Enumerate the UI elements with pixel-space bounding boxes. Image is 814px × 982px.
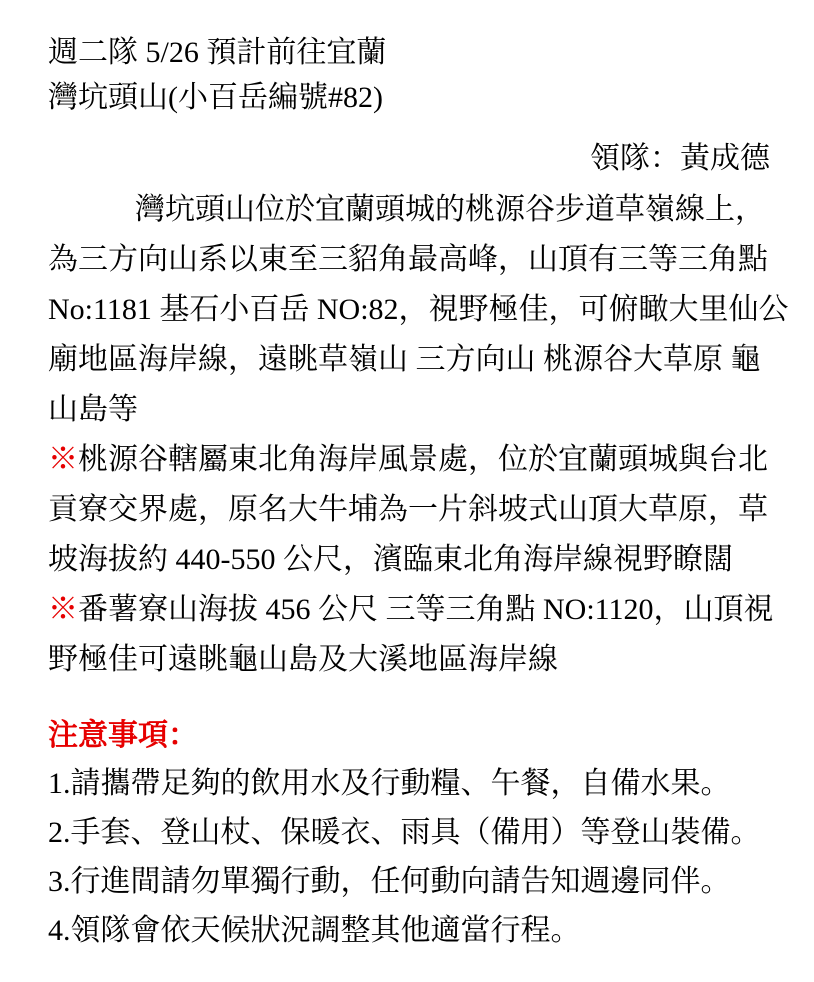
document-content: 週二隊 5/26 預計前往宜蘭 灣坑頭山(小百岳編號#82) 領隊：黃成德 灣坑… <box>0 0 814 955</box>
description-line-text: 桃源谷轄屬東北角海岸風景處，位於宜蘭頭城與台北 <box>78 443 768 476</box>
description-line-text: 貢寮交界處，原名大牛埔為一片斜坡式山頂大草原，草 <box>48 493 768 526</box>
note-item: 3.行進間請勿單獨行動，任何動向請告知週邊同伴。 <box>48 857 770 906</box>
description-line: 貢寮交界處，原名大牛埔為一片斜坡式山頂大草原，草 <box>48 485 770 535</box>
page-subtitle: 灣坑頭山(小百岳編號#82) <box>48 75 770 120</box>
note-item: 4.領隊會依天候狀況調整其他適當行程。 <box>48 906 770 955</box>
description-line: ※桃源谷轄屬東北角海岸風景處，位於宜蘭頭城與台北 <box>48 435 770 485</box>
page-title: 週二隊 5/26 預計前往宜蘭 <box>48 30 770 75</box>
description-line: ※番薯寮山海拔 456 公尺 三等三角點 NO:1120，山頂視 <box>48 585 770 635</box>
description-line-text: 灣坑頭山位於宜蘭頭城的桃源谷步道草嶺線上， <box>135 193 765 226</box>
note-item: 2.手套、登山杖、保暖衣、雨具（備用）等登山裝備。 <box>48 808 770 857</box>
description-line: 山島等 <box>48 385 770 435</box>
description-line: 灣坑頭山位於宜蘭頭城的桃源谷步道草嶺線上， <box>48 185 770 235</box>
reference-mark-icon: ※ <box>48 593 78 626</box>
description-line-text: No:1181 基石小百岳 NO:82，視野極佳，可俯瞰大里仙公 <box>48 293 789 326</box>
description-line-text: 廟地區海岸線，遠眺草嶺山 三方向山 桃源谷大草原 龜 <box>48 343 761 376</box>
description-line-text: 為三方向山系以東至三貂角最高峰，山頂有三等三角點 <box>48 243 768 276</box>
description-line-text: 坡海拔約 440-550 公尺，濱臨東北角海岸線視野瞭闊 <box>48 543 733 576</box>
description-line: 廟地區海岸線，遠眺草嶺山 三方向山 桃源谷大草原 龜 <box>48 335 770 385</box>
description-line-text: 野極佳可遠眺龜山島及大溪地區海岸線 <box>48 643 558 676</box>
note-item: 1.請攜帶足夠的飲用水及行動糧、午餐，自備水果。 <box>48 759 770 808</box>
notes-heading: 注意事項： <box>48 713 770 759</box>
description-paragraphs: 灣坑頭山位於宜蘭頭城的桃源谷步道草嶺線上， 為三方向山系以東至三貂角最高峰，山頂… <box>48 185 770 685</box>
description-line: 為三方向山系以東至三貂角最高峰，山頂有三等三角點 <box>48 235 770 285</box>
document-page: 週二隊 5/26 預計前往宜蘭 灣坑頭山(小百岳編號#82) 領隊：黃成德 灣坑… <box>0 0 814 982</box>
description-line-text: 山島等 <box>48 393 138 426</box>
leader-name: 領隊：黃成德 <box>48 136 770 181</box>
description-line-text: 番薯寮山海拔 456 公尺 三等三角點 NO:1120，山頂視 <box>78 593 774 626</box>
notes-list: 1.請攜帶足夠的飲用水及行動糧、午餐，自備水果。 2.手套、登山杖、保暖衣、雨具… <box>48 759 770 955</box>
reference-mark-icon: ※ <box>48 443 78 476</box>
description-line: 野極佳可遠眺龜山島及大溪地區海岸線 <box>48 635 770 685</box>
description-line: No:1181 基石小百岳 NO:82，視野極佳，可俯瞰大里仙公 <box>48 285 770 335</box>
description-line: 坡海拔約 440-550 公尺，濱臨東北角海岸線視野瞭闊 <box>48 535 770 585</box>
